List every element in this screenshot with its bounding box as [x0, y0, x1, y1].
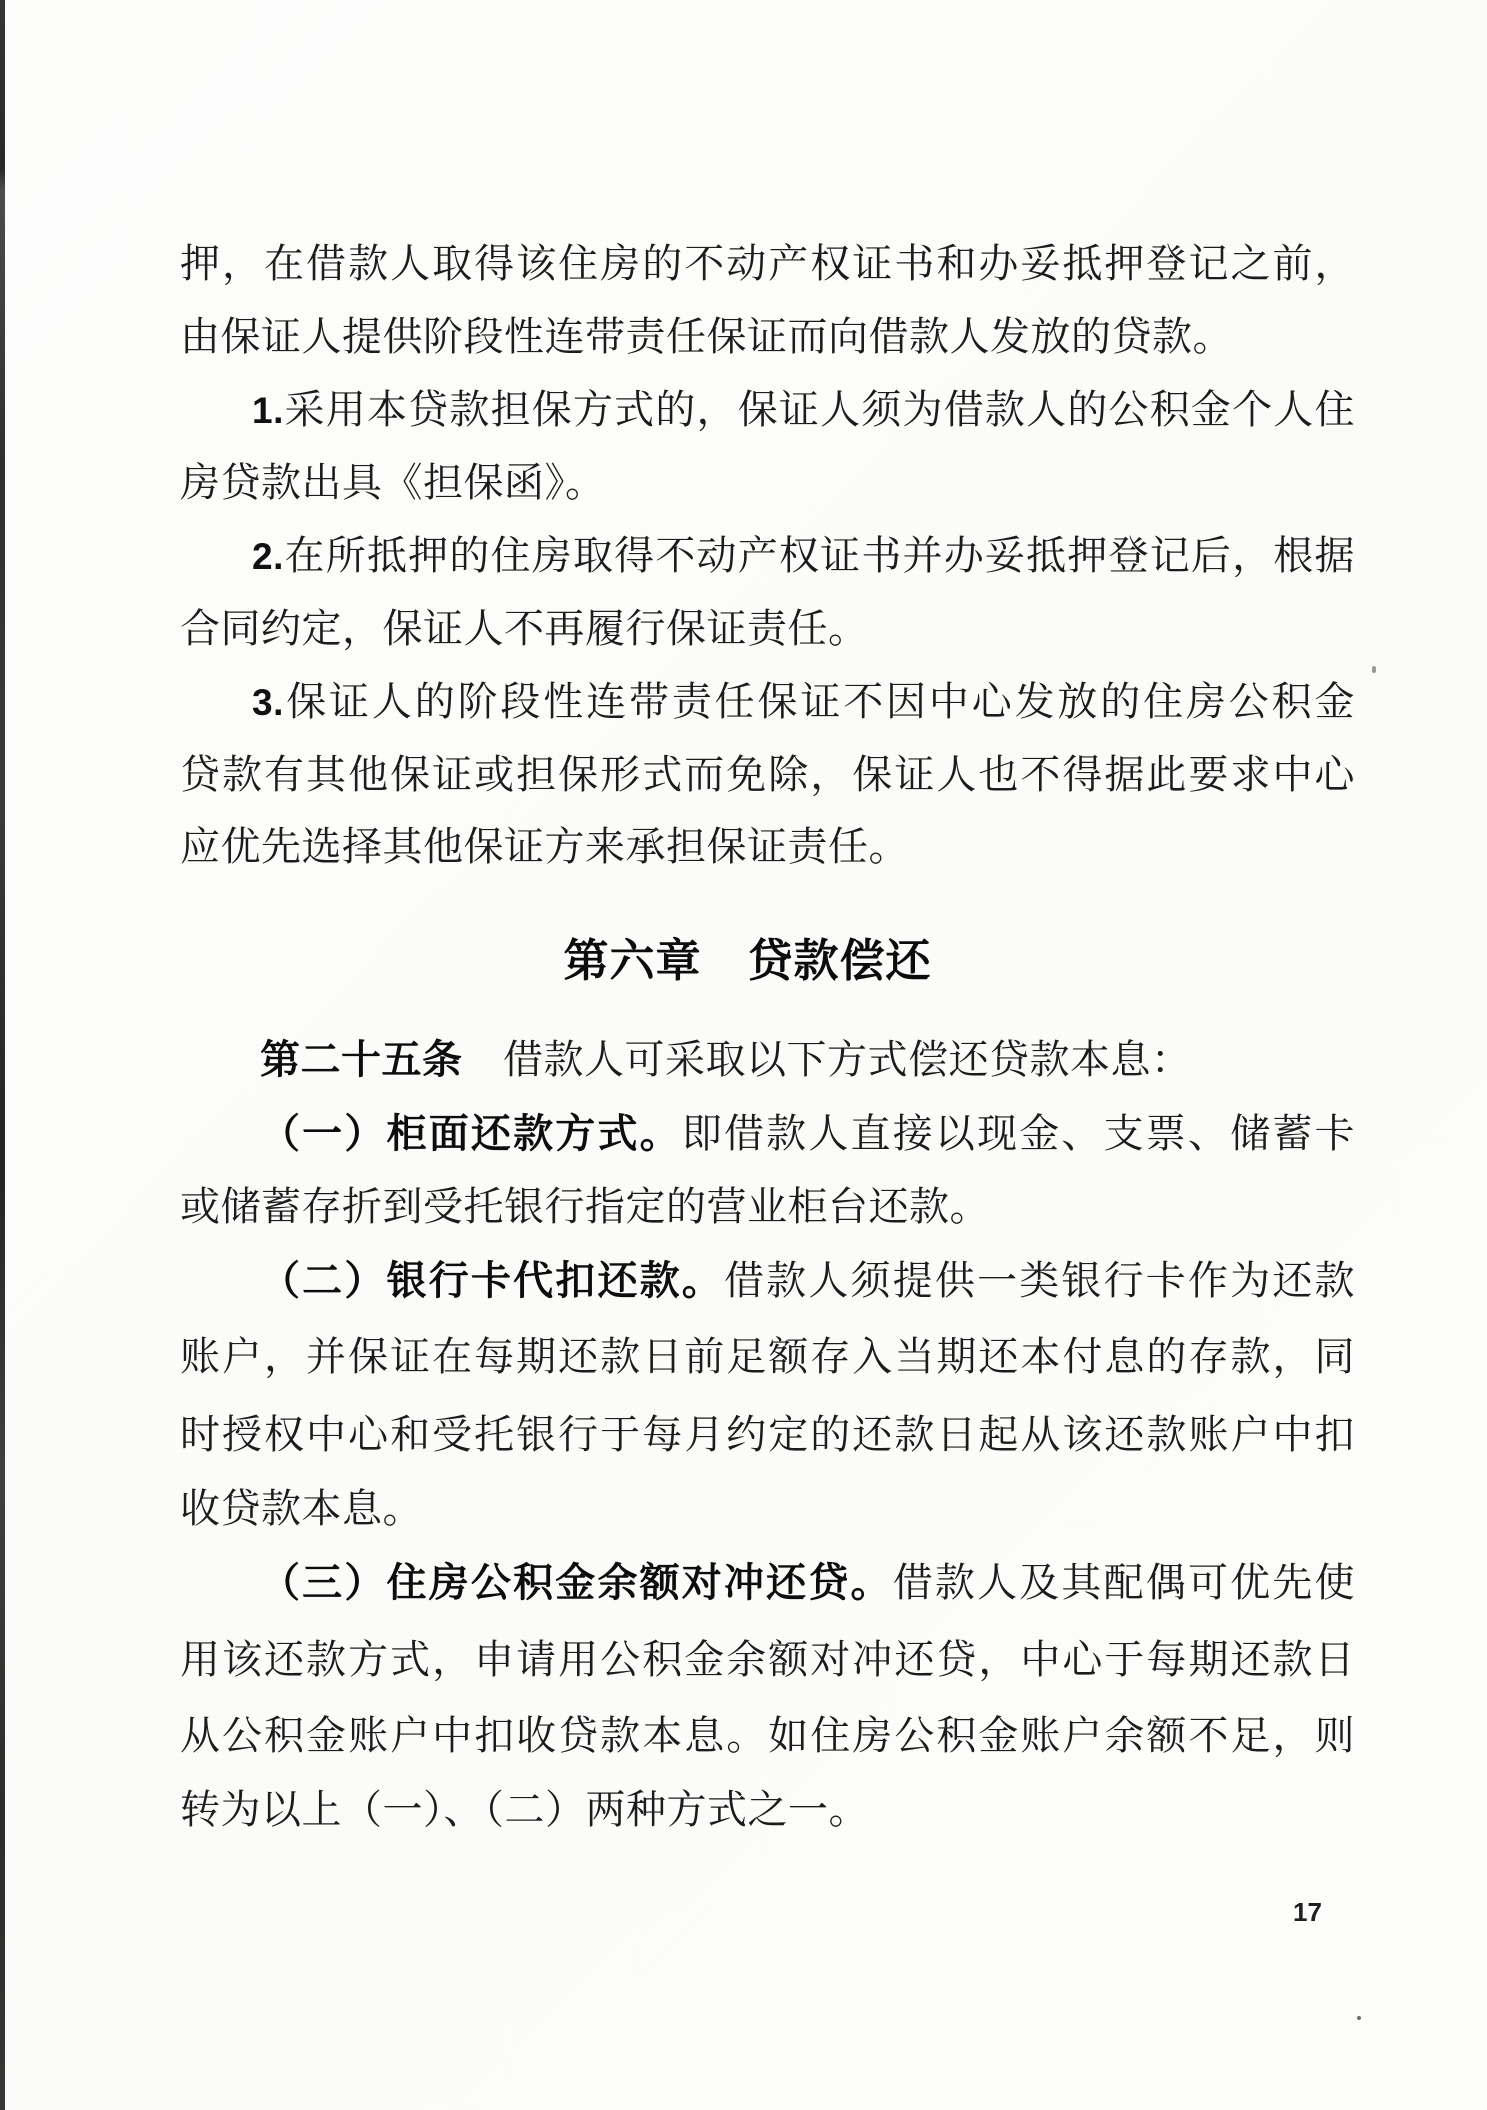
- text-line: 账户，并保证在每期还款日前足额存入当期还本付息的存款，同: [180, 1334, 1355, 1382]
- text-line: 时授权中心和受托银行于每月约定的还款日起从该还款账户中扣: [180, 1412, 1355, 1460]
- item-title: （二）银行卡代扣还款。: [260, 1259, 724, 1303]
- text-line: 合同约定，保证人不再履行保证责任。: [180, 606, 1355, 654]
- line-text: 由保证人提供阶段性连带责任保证而向借款人发放的贷款。: [180, 314, 1233, 359]
- text-line: （三）住房公积金余额对冲还贷。借款人及其配偶可优先使: [180, 1560, 1355, 1608]
- line-text: 借款人须提供一类银行卡作为还款: [724, 1258, 1355, 1303]
- text-line: 3.保证人的阶段性连带责任保证不因中心发放的住房公积金: [180, 679, 1355, 727]
- line-text: 账户，并保证在每期还款日前足额存入当期还本付息的存款，同: [180, 1334, 1355, 1379]
- line-text: 应优先选择其他保证方来承担保证责任。: [180, 824, 909, 869]
- text-line: 或储蓄存折到受托银行指定的营业柜台还款。: [180, 1184, 1355, 1232]
- line-text: 押，在借款人取得该住房的不动产权证书和办妥抵押登记之前，: [180, 241, 1355, 286]
- line-text: 合同约定，保证人不再履行保证责任。: [180, 606, 869, 651]
- line-text: 贷款有其他保证或担保形式而免除，保证人也不得据此要求中心: [180, 752, 1355, 797]
- text-line: 第二十五条 借款人可采取以下方式偿还贷款本息：: [180, 1037, 1355, 1085]
- list-number: 1.: [252, 390, 284, 431]
- text-line: 从公积金账户中扣收贷款本息。如住房公积金账户余额不足，则: [180, 1713, 1355, 1761]
- line-text: 即借款人直接以现金、支票、储蓄卡: [682, 1111, 1355, 1156]
- line-text: 借款人及其配偶可优先使: [893, 1560, 1355, 1605]
- page-number: 17: [1293, 1897, 1322, 1928]
- line-text: 房贷款出具《担保函》。: [180, 460, 606, 505]
- scan-speck: [1372, 666, 1376, 673]
- text-line: 转为以上（一）、（二）两种方式之一。: [180, 1787, 1355, 1835]
- text-line: 用该还款方式，申请用公积金余额对冲还贷，中心于每期还款日: [180, 1637, 1355, 1685]
- line-text: 从公积金账户中扣收贷款本息。如住房公积金账户余额不足，则: [180, 1713, 1355, 1758]
- line-text: 或储蓄存折到受托银行指定的营业柜台还款。: [180, 1184, 990, 1229]
- line-text: 时授权中心和受托银行于每月约定的还款日起从该还款账户中扣: [180, 1412, 1355, 1457]
- text-line: （一）柜面还款方式。即借款人直接以现金、支票、储蓄卡: [180, 1111, 1355, 1159]
- text-line: 收贷款本息。: [180, 1486, 1355, 1534]
- article-number: 第二十五条: [260, 1038, 463, 1082]
- text-line: 贷款有其他保证或担保形式而免除，保证人也不得据此要求中心: [180, 752, 1355, 800]
- text-line: 1.采用本贷款担保方式的，保证人须为借款人的公积金个人住: [180, 387, 1355, 435]
- scan-edge-artifact: [0, 0, 5, 2110]
- line-text: 用该还款方式，申请用公积金余额对冲还贷，中心于每期还款日: [180, 1637, 1355, 1682]
- text-line: 应优先选择其他保证方来承担保证责任。: [180, 824, 1355, 872]
- list-number: 2.: [252, 536, 284, 577]
- line-text: 保证人的阶段性连带责任保证不因中心发放的住房公积金: [284, 679, 1355, 724]
- line-text: 转为以上（一）、（二）两种方式之一。: [180, 1787, 869, 1832]
- text-line: 房贷款出具《担保函》。: [180, 460, 1355, 508]
- line-text: 借款人可采取以下方式偿还贷款本息：: [463, 1037, 1192, 1082]
- text-line: 由保证人提供阶段性连带责任保证而向借款人发放的贷款。: [180, 314, 1355, 362]
- list-number: 3.: [252, 682, 284, 723]
- text-line: 押，在借款人取得该住房的不动产权证书和办妥抵押登记之前，: [180, 241, 1355, 289]
- item-title: （一）柜面还款方式。: [260, 1112, 682, 1156]
- line-text: 收贷款本息。: [180, 1486, 423, 1531]
- line-text: 采用本贷款担保方式的，保证人须为借款人的公积金个人住: [284, 387, 1355, 432]
- text-line: （二）银行卡代扣还款。借款人须提供一类银行卡作为还款: [180, 1258, 1355, 1306]
- chapter-heading: 第六章 贷款偿还: [160, 936, 1335, 986]
- scan-speck: [1357, 2016, 1361, 2020]
- item-title: （三）住房公积金余额对冲还贷。: [260, 1561, 893, 1605]
- text-line: 2.在所抵押的住房取得不动产权证书并办妥抵押登记后，根据: [180, 533, 1355, 581]
- line-text: 在所抵押的住房取得不动产权证书并办妥抵押登记后，根据: [284, 533, 1355, 578]
- scanned-document-page: 押，在借款人取得该住房的不动产权证书和办妥抵押登记之前， 由保证人提供阶段性连带…: [0, 0, 1487, 2110]
